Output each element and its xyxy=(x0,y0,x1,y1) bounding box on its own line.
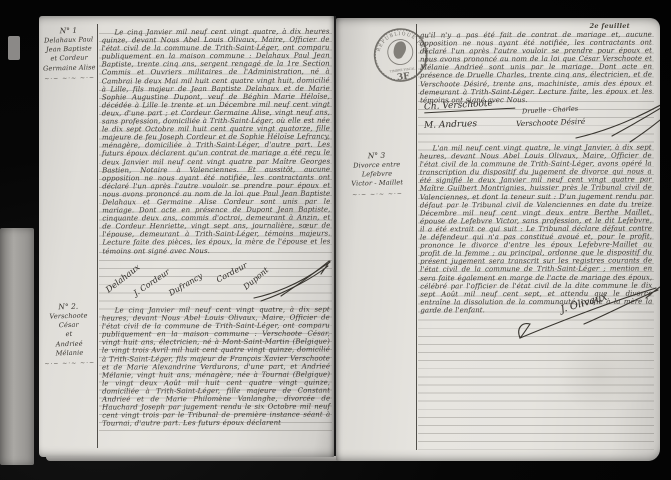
act1-signature-block: Delahaux J. Cordeur Dufrancy Cordeur Dup… xyxy=(101,258,330,305)
signature-cordeur: Cordeur xyxy=(215,261,249,285)
signature-andrues: M. Andrues xyxy=(424,119,477,131)
page-stack-edge xyxy=(0,228,34,465)
marriage-act-1-text: Le cinq Janvier mil neuf cent vingt quat… xyxy=(102,28,331,256)
act2-signature-block: Ch. Verschoote M. Andrues Druelle - Char… xyxy=(420,98,656,142)
paper-scrap xyxy=(8,36,20,60)
stamp-value: 3F xyxy=(396,72,410,84)
folio-label: 2e feuillet xyxy=(590,22,630,30)
marriage-act-2-text: Le cinq Janvier mil neuf cent vingt quat… xyxy=(102,306,331,428)
margin-squiggle: ~·~ ~·~ ~·~ xyxy=(340,190,414,199)
margin-note-act1: N° 1 Delahaux Paul Jean Baptiste et Cord… xyxy=(40,25,97,82)
margin-note-act3: N° 3 Divorce entre Lefebvre Victor - Mai… xyxy=(339,150,414,199)
signature-druelle: Druelle - Charles xyxy=(522,105,578,116)
act2-name-line: Verschoote César xyxy=(40,311,96,331)
signature-verschoote-ch: Ch. Verschoote xyxy=(424,98,515,114)
act1-name-line: Germaine Alise xyxy=(41,63,97,74)
act3-name-line: Victor - Maillet xyxy=(340,178,414,189)
closing-signature-block: J. Olivaux xyxy=(514,284,660,342)
right-register-page: 2e feuillet RÉPUBLIQUE FRANÇAISE TIMBRE … xyxy=(336,18,660,461)
margin-rule-left xyxy=(97,24,98,448)
mayor-paraph-flourish xyxy=(572,92,660,144)
register-scan: N° 1 Delahaux Paul Jean Baptiste et Cord… xyxy=(0,0,671,480)
act3-name-line: Divorce entre Lefebvre xyxy=(340,160,414,180)
margin-squiggle: ~·~ ~·~ ~·~ xyxy=(42,359,98,367)
signature-dufrancy: Dufrancy xyxy=(167,271,204,297)
act2-name-line: Andrieé Mélanie xyxy=(41,339,97,359)
margin-squiggle: ~·~ ~·~ ~·~ xyxy=(42,74,98,82)
mayor-paraph-flourish xyxy=(251,258,331,302)
left-register-page: N° 1 Delahaux Paul Jean Baptiste et Cord… xyxy=(39,16,334,457)
margin-note-act2: N° 2. Verschoote César et Andrieé Mélani… xyxy=(40,301,98,367)
closing-signature-flourish xyxy=(514,284,660,342)
